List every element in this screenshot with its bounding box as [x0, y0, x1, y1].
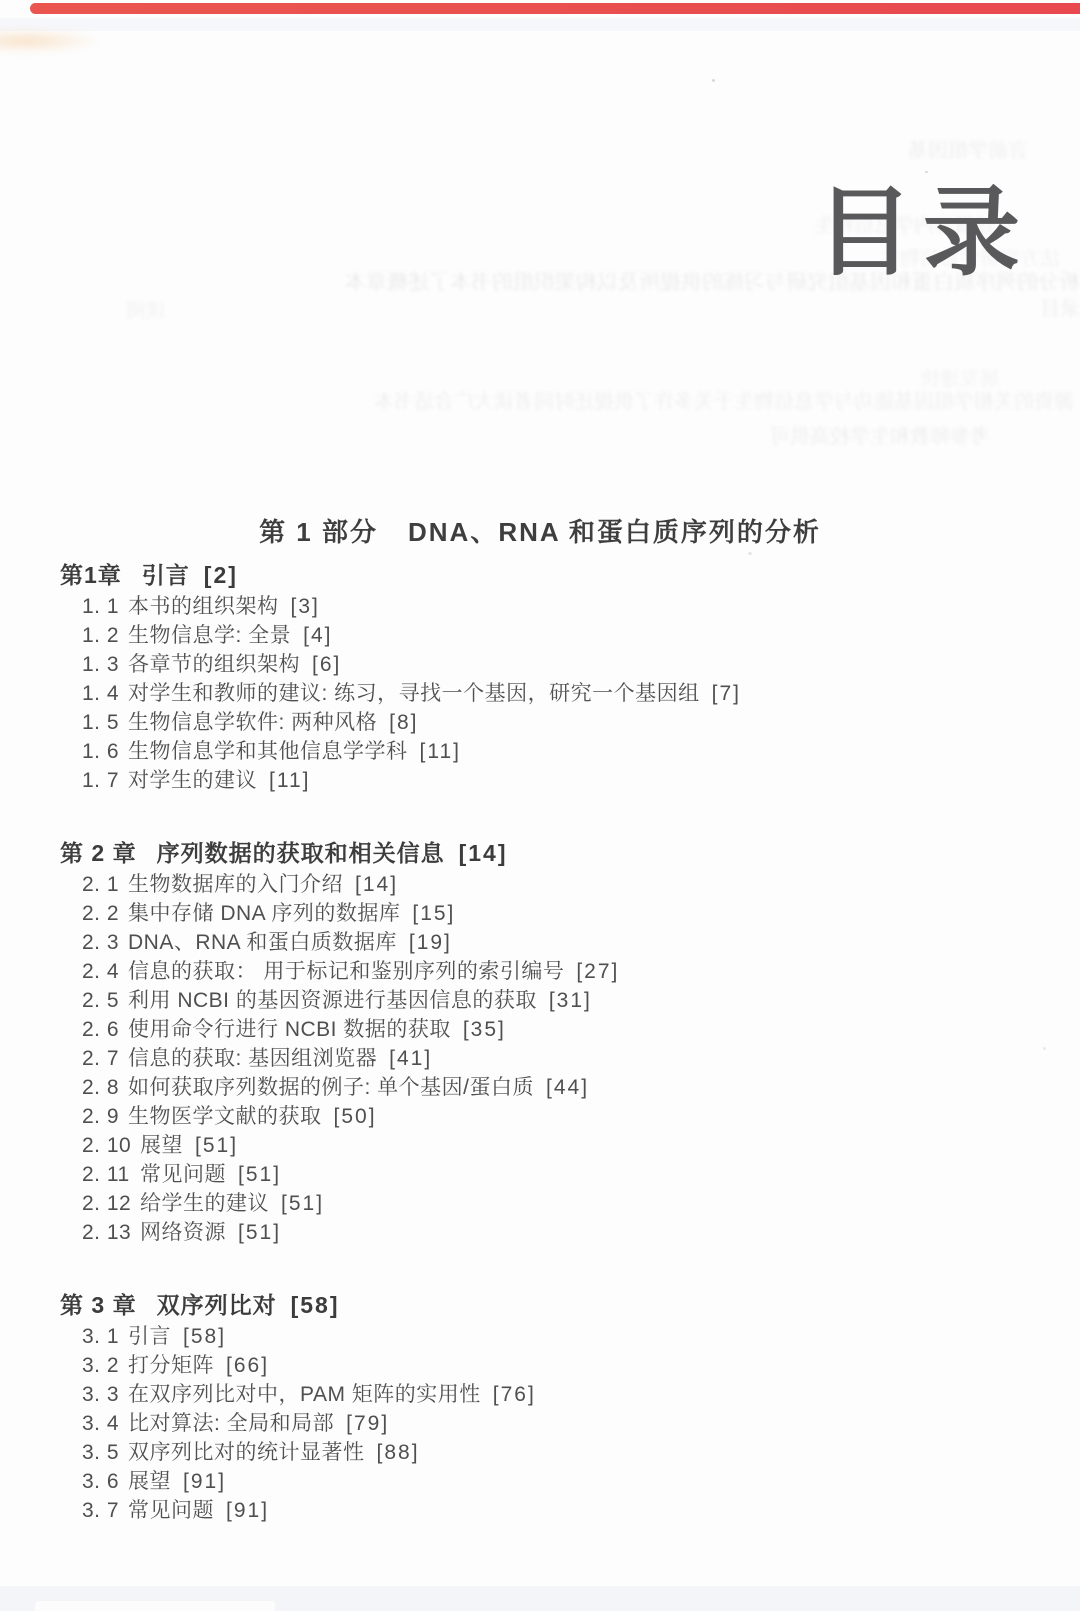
bleed-through-text: 展发速快	[892, 368, 1000, 390]
entry-title: 对学生和教师的建议: 练习，寻找一个基因，研究一个基因组	[128, 682, 700, 705]
entry-page-number: [51]	[238, 1221, 281, 1244]
entry-title: 给学生的建议	[140, 1192, 269, 1215]
part-title: DNA、RNA 和蛋白质序列的分析	[408, 517, 821, 547]
bleed-through-text: 读阅	[66, 300, 166, 322]
entry-page-number: [91]	[226, 1499, 269, 1522]
entry-page-number: [44]	[546, 1076, 589, 1099]
toc-entry: 3. 4比对算法: 全局和局部[79]	[60, 1409, 1050, 1438]
toc-entry: 1. 1本书的组织架构[3]	[60, 592, 1050, 621]
entry-title: 常见问题	[128, 1499, 214, 1522]
toc-entry: 2. 2集中存储 DNA 序列的数据库[15]	[60, 899, 1050, 928]
bleed-through-text: 考参师教和生学校高供可	[608, 426, 990, 448]
toc-entry: 2. 11常见问题[51]	[60, 1160, 1050, 1189]
page-top-edge	[0, 18, 1080, 31]
entry-page-number: [11]	[420, 740, 461, 763]
entry-number: 1. 5	[82, 708, 128, 737]
entry-title: 对学生的建议	[128, 769, 257, 792]
entry-title: 引言	[128, 1325, 171, 1348]
top-accent-bar	[30, 3, 1080, 14]
entry-number: 3. 3	[82, 1380, 128, 1409]
entry-page-number: [15]	[412, 902, 455, 925]
entry-title: DNA、RNA 和蛋白质数据库	[128, 931, 397, 954]
entry-title: 利用 NCBI 的基因资源进行基因信息的获取	[128, 989, 537, 1012]
bleed-through-text: 言前学组因基	[836, 140, 1028, 162]
toc-chapter: 第 3 章双序列比对[58]3. 1引言[58]3. 2打分矩阵[66]3. 3…	[60, 1289, 1050, 1525]
scan-dust	[748, 552, 752, 555]
entry-page-number: [31]	[549, 989, 592, 1012]
toc-entry: 1. 5生物信息学软件: 两种风格[8]	[60, 708, 1050, 737]
entry-page-number: [66]	[226, 1354, 269, 1377]
entry-number: 1. 1	[82, 592, 128, 621]
entry-title: 集中存储 DNA 序列的数据库	[128, 902, 400, 925]
chapter-label: 第1章	[60, 562, 122, 588]
toc-entry: 1. 4对学生和教师的建议: 练习，寻找一个基因，研究一个基因组[7]	[60, 679, 1050, 708]
bleed-through-text: 录目	[1014, 298, 1080, 320]
entry-title: 本书的组织架构	[128, 595, 279, 618]
chapter-title: 双序列比对	[157, 1292, 277, 1318]
entry-title: 如何获取序列数据的例子: 单个基因/蛋白质	[128, 1076, 534, 1099]
entry-number: 2. 3	[82, 928, 128, 957]
entry-number: 1. 6	[82, 737, 128, 766]
entry-title: 展望	[140, 1134, 183, 1157]
entry-page-number: [14]	[355, 873, 398, 896]
chapter-heading: 第 2 章序列数据的获取和相关信息[14]	[60, 837, 1050, 870]
entry-title: 双序列比对的统计显著性	[128, 1441, 365, 1464]
entry-number: 2. 9	[82, 1102, 128, 1131]
toc-entry: 2. 3DNA、RNA 和蛋白质数据库[19]	[60, 928, 1050, 957]
entry-number: 2. 5	[82, 986, 128, 1015]
entry-number: 3. 1	[82, 1322, 128, 1351]
toc-entry: 1. 2生物信息学: 全景[4]	[60, 621, 1050, 650]
scan-smudge	[0, 28, 102, 54]
entry-number: 1. 3	[82, 650, 128, 679]
part-heading: 第 1 部分DNA、RNA 和蛋白质序列的分析	[0, 512, 1080, 549]
part-label: 第 1 部分	[259, 517, 378, 547]
chapter-title: 序列数据的获取和相关信息	[157, 840, 445, 866]
entry-number: 2. 2	[82, 899, 128, 928]
bleed-through-text: 源资的关相学组因基能功与学息信物生于关多许了供提还时同者读大广合适书本	[62, 391, 1074, 413]
entry-page-number: [76]	[493, 1383, 536, 1406]
toc-chapter: 第1章引言[2]1. 1本书的组织架构[3]1. 2生物信息学: 全景[4]1.…	[60, 559, 1050, 795]
toc-entry: 2. 8如何获取序列数据的例子: 单个基因/蛋白质[44]	[60, 1073, 1050, 1102]
entry-title: 常见问题	[140, 1163, 226, 1186]
toc-entry: 1. 7对学生的建议[11]	[60, 766, 1050, 795]
chapter-page-number: [58]	[291, 1292, 340, 1318]
toc-entry: 3. 2打分矩阵[66]	[60, 1351, 1050, 1380]
entry-page-number: [7]	[712, 682, 741, 705]
toc-entry: 2. 1生物数据库的入门介绍[14]	[60, 870, 1050, 899]
toc-entry: 2. 4信息的获取： 用于标记和鉴别序列的索引编号[27]	[60, 957, 1050, 986]
entry-number: 2. 12	[82, 1189, 140, 1218]
entry-number: 2. 1	[82, 870, 128, 899]
entry-page-number: [91]	[183, 1470, 226, 1493]
entry-title: 生物信息学软件: 两种风格	[128, 711, 377, 734]
chapter-title: 引言	[142, 562, 190, 588]
chapter-page-number: [14]	[459, 840, 508, 866]
entry-page-number: [58]	[183, 1325, 226, 1348]
entry-page-number: [41]	[389, 1047, 432, 1070]
toc-entry: 1. 3各章节的组织架构[6]	[60, 650, 1050, 679]
entry-page-number: [35]	[463, 1018, 506, 1041]
entry-page-number: [8]	[389, 711, 418, 734]
toc-entry: 2. 7信息的获取: 基因组浏览器[41]	[60, 1044, 1050, 1073]
entry-title: 比对算法: 全局和局部	[128, 1412, 334, 1435]
next-page-edge	[35, 1601, 275, 1611]
entry-number: 2. 11	[82, 1160, 140, 1189]
entry-page-number: [51]	[281, 1192, 324, 1215]
chapter-label: 第 3 章	[60, 1292, 137, 1318]
toc-chapter: 第 2 章序列数据的获取和相关信息[14]2. 1生物数据库的入门介绍[14]2…	[60, 837, 1050, 1247]
entry-title: 在双序列比对中，PAM 矩阵的实用性	[128, 1383, 481, 1406]
entry-title: 生物医学文献的获取	[128, 1105, 322, 1128]
entry-number: 3. 4	[82, 1409, 128, 1438]
scan-dust	[925, 171, 928, 173]
toc-entry: 3. 1引言[58]	[60, 1322, 1050, 1351]
entry-number: 2. 7	[82, 1044, 128, 1073]
entry-number: 2. 13	[82, 1218, 140, 1247]
entry-number: 2. 8	[82, 1073, 128, 1102]
entry-page-number: [51]	[195, 1134, 238, 1157]
entry-title: 生物信息学: 全景	[128, 624, 291, 647]
entry-title: 网络资源	[140, 1221, 226, 1244]
entry-number: 3. 5	[82, 1438, 128, 1467]
entry-title: 使用命令行进行 NCBI 数据的获取	[128, 1018, 451, 1041]
toc-entry: 3. 7常见问题[91]	[60, 1496, 1050, 1525]
entry-title: 生物信息学和其他信息学学科	[128, 740, 408, 763]
toc-entry: 2. 5利用 NCBI 的基因资源进行基因信息的获取[31]	[60, 986, 1050, 1015]
entry-page-number: [6]	[312, 653, 341, 676]
entry-page-number: [51]	[238, 1163, 281, 1186]
entry-number: 2. 6	[82, 1015, 128, 1044]
toc-entry: 2. 13网络资源[51]	[60, 1218, 1050, 1247]
entry-page-number: [88]	[377, 1441, 420, 1464]
chapter-heading: 第1章引言[2]	[60, 559, 1050, 592]
chapter-page-number: [2]	[204, 562, 238, 588]
entry-number: 3. 2	[82, 1351, 128, 1380]
entry-page-number: [4]	[303, 624, 332, 647]
chapter-label: 第 2 章	[60, 840, 137, 866]
entry-page-number: [50]	[334, 1105, 377, 1128]
toc-entry: 3. 3在双序列比对中，PAM 矩阵的实用性[76]	[60, 1380, 1050, 1409]
entry-number: 3. 7	[82, 1496, 128, 1525]
entry-page-number: [27]	[576, 960, 619, 983]
toc-entry: 1. 6生物信息学和其他信息学学科[11]	[60, 737, 1050, 766]
entry-number: 2. 10	[82, 1131, 140, 1160]
toc-entry: 2. 9生物医学文献的获取[50]	[60, 1102, 1050, 1131]
toc-entry: 2. 12给学生的建议[51]	[60, 1189, 1050, 1218]
entry-number: 2. 4	[82, 957, 128, 986]
toc-list: 第1章引言[2]1. 1本书的组织架构[3]1. 2生物信息学: 全景[4]1.…	[60, 559, 1050, 1525]
chapter-heading: 第 3 章双序列比对[58]	[60, 1289, 1050, 1322]
entry-title: 信息的获取: 基因组浏览器	[128, 1047, 377, 1070]
entry-page-number: [19]	[409, 931, 452, 954]
entry-page-number: [79]	[346, 1412, 389, 1435]
scan-dust	[712, 79, 715, 82]
entry-number: 1. 4	[82, 679, 128, 708]
entry-title: 生物数据库的入门介绍	[128, 873, 343, 896]
entry-title: 信息的获取： 用于标记和鉴别序列的索引编号	[128, 960, 564, 983]
toc-entry: 3. 5双序列比对的统计显著性[88]	[60, 1438, 1050, 1467]
page-title: 目录	[816, 182, 1030, 284]
toc-entry: 2. 10展望[51]	[60, 1131, 1050, 1160]
entry-number: 1. 7	[82, 766, 128, 795]
entry-number: 1. 2	[82, 621, 128, 650]
entry-title: 打分矩阵	[128, 1354, 214, 1377]
toc-entry: 3. 6展望[91]	[60, 1467, 1050, 1496]
entry-page-number: [11]	[269, 769, 310, 792]
entry-number: 3. 6	[82, 1467, 128, 1496]
entry-page-number: [3]	[291, 595, 320, 618]
toc-entry: 2. 6使用命令行进行 NCBI 数据的获取[35]	[60, 1015, 1050, 1044]
entry-title: 展望	[128, 1470, 171, 1493]
entry-title: 各章节的组织架构	[128, 653, 300, 676]
